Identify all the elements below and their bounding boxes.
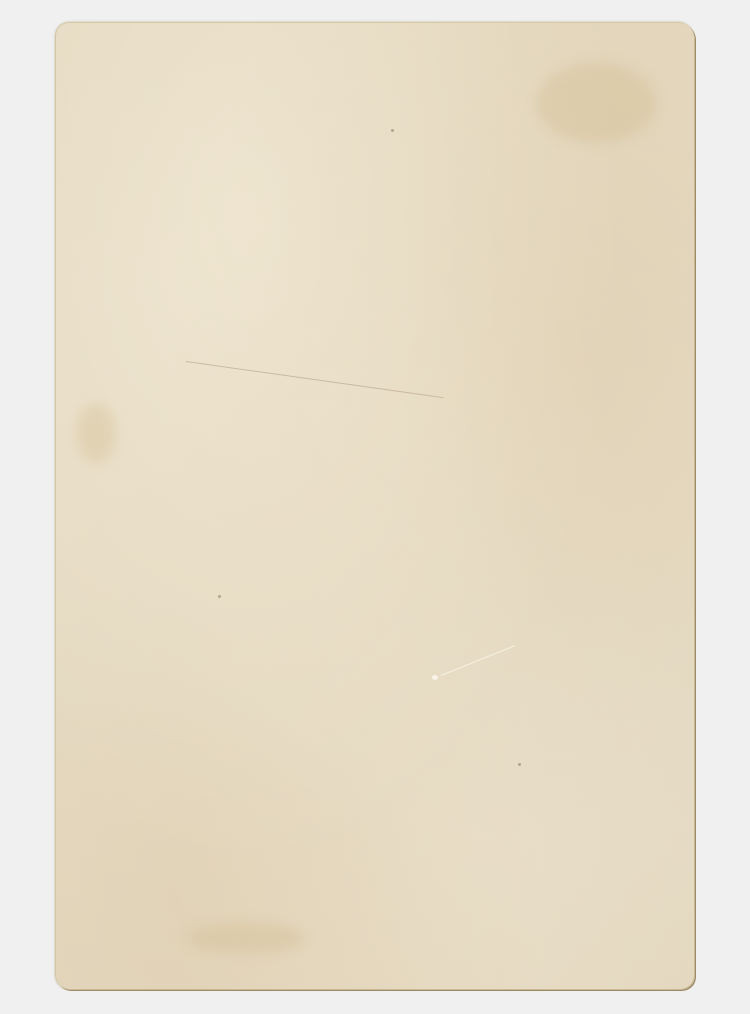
speck bbox=[218, 595, 221, 598]
speck bbox=[518, 763, 521, 766]
scratch-mark bbox=[441, 645, 516, 676]
speck bbox=[391, 129, 394, 132]
stain bbox=[186, 923, 306, 953]
scratch-mark bbox=[186, 361, 444, 398]
card-back bbox=[55, 22, 694, 989]
stain bbox=[536, 63, 656, 143]
stain bbox=[76, 403, 116, 463]
speck bbox=[432, 675, 438, 680]
